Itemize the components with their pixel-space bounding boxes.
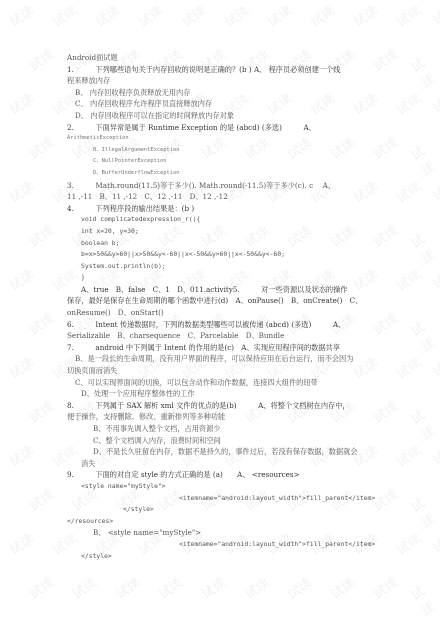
watermark-text: 试读 xyxy=(220,0,252,30)
watermark-text: 试读 xyxy=(428,6,440,45)
question-3-options: 11 ,-11 B、11 ,-12 C、12 ,-11 D、12 ,-12 xyxy=(67,191,419,203)
question-6-options: Serializable B、charsequence C、Parcelable… xyxy=(67,330,419,342)
question-4: 4. 下列程序段的输出结果是：(b ) xyxy=(67,203,419,215)
watermark-text: 试读 xyxy=(326,572,358,602)
watermark-text: 试读 xyxy=(263,0,295,30)
question-4-options: A、true B、false C、1 D、011.activity5. 对一些资… xyxy=(67,284,419,296)
watermark-text: 试读 xyxy=(428,182,440,221)
option-text: C、NullPointerException xyxy=(67,156,419,168)
code-line: </style> xyxy=(67,551,419,563)
option-text: D、处理一个应用程序整体性的工作 xyxy=(67,388,419,400)
watermark-text: 试读 xyxy=(406,574,440,619)
option-text: ArithmeticException xyxy=(67,133,419,145)
watermark-text: 试读 xyxy=(111,572,143,602)
code-line: b=x>50&&y>60||x>50&&y<-60||x<-50&&y>60||… xyxy=(67,249,419,261)
watermark-text: 试读 xyxy=(240,572,272,602)
question-7: 7. android 中下列属于 Intent 的作用的是(c) A、实现应用程… xyxy=(67,342,419,354)
watermark-text: 试读 xyxy=(369,572,401,602)
question-5: 保存，最好是保存在生命周期的哪个函数中进行(d) A、onPause() B、o… xyxy=(67,295,419,307)
question-1-cont: 程来释放内存 xyxy=(67,75,419,87)
watermark-text: 试读 xyxy=(428,358,440,397)
watermark-text: 试读 xyxy=(5,440,37,470)
code-line: System.out.println(b); xyxy=(67,261,419,273)
watermark-text: 试读 xyxy=(25,396,57,426)
question-5-cont: onResume() D、onStart() xyxy=(67,307,419,319)
option-text: C、 内存回收程序允许程序员直接释放内存 xyxy=(67,98,419,110)
watermark-text: 试读 xyxy=(392,0,424,30)
question-8: 8. 下列属于 SAX 解析 xml 文件的优点的是(b) A、将整个文档树在内… xyxy=(67,400,419,412)
code-line: int x=20, y=30; xyxy=(67,226,419,238)
option-text-cont: 便于操作，支持删除、修改、重新排列等多种功能 xyxy=(67,411,419,423)
question-2: 2. 下面异常是属于 Runtime Exception 的是 (abcd) (… xyxy=(67,122,419,134)
option-text: B、不用事先调入整个文档，占用资源少 xyxy=(67,423,419,435)
watermark-text: 试读 xyxy=(154,572,186,602)
watermark-text: 试读 xyxy=(25,308,57,338)
option-text: B、 内存回收程序负责释放无用内存 xyxy=(67,87,419,99)
watermark-text: 试读 xyxy=(5,176,37,206)
option-text: B、IllegalArgumentException xyxy=(67,145,419,157)
code-line: </style> xyxy=(67,504,419,516)
watermark-text: 试读 xyxy=(283,572,315,602)
watermark-text: 试读 xyxy=(91,0,123,30)
option-text: D、不是长久驻留在内存，数据不是持久的，事件过后，若没有保存数据，数据就会 xyxy=(67,446,419,458)
watermark-text: 试读 xyxy=(25,220,57,250)
code-line: <itemname="android:layout_width">fill_pa… xyxy=(67,539,419,551)
watermark-text: 试读 xyxy=(428,270,440,309)
watermark-text: 试读 xyxy=(134,0,166,30)
watermark-text: 试读 xyxy=(5,528,37,558)
watermark-text: 试读 xyxy=(5,264,37,294)
watermark-text: 试读 xyxy=(428,94,440,133)
option-text-cont: 切换页面而消失 xyxy=(67,365,419,377)
question-3: 3. Math.round(11.5)等于多少(). Math.round(-1… xyxy=(67,180,419,192)
watermark-text: 试读 xyxy=(5,352,37,382)
watermark-text: 试读 xyxy=(197,572,229,602)
watermark-text: 试读 xyxy=(25,484,57,514)
option-text-cont: 消失 xyxy=(67,458,419,470)
watermark-text: 试读 xyxy=(428,446,440,485)
watermark-text: 试读 xyxy=(306,0,338,30)
code-line: void complicatedexpression_r(){ xyxy=(67,214,419,226)
code-line: } xyxy=(67,272,419,284)
document-title: Android面试题 xyxy=(67,52,419,64)
option-text: D、BufferUnderflowException xyxy=(67,168,419,180)
watermark-text: 试读 xyxy=(5,0,37,30)
watermark-text: 试读 xyxy=(68,572,100,602)
watermark-text: 试读 xyxy=(48,0,80,30)
option-text: D、 内存回收程序可以在指定的时间释放内存对象 xyxy=(67,110,419,122)
watermark-text: 试读 xyxy=(428,534,440,573)
document-page: Android面试题 1. 下列哪些语句关于内存回收的说明是正确的？(b ) A… xyxy=(67,52,419,562)
watermark-text: 试读 xyxy=(25,572,57,602)
question-1: 1. 下列哪些语句关于内存回收的说明是正确的？(b ) A、 程序员必须创建一个… xyxy=(67,64,419,76)
watermark-text: 试读 xyxy=(25,44,57,74)
code-line: <style name="myStyle"> xyxy=(67,481,419,493)
question-9: 9. 下面的对自定 style 的方式正确的是 (a) A、 <resource… xyxy=(67,469,419,481)
option-text: C、整个文档调入内存，浪费时间和空间 xyxy=(67,435,419,447)
code-line: <itemname="android:layout_width">fill_pa… xyxy=(67,493,419,505)
code-line: boolean b; xyxy=(67,238,419,250)
watermark-text: 试读 xyxy=(349,0,381,30)
option-text: B、是一段长的生命周期，没有用户界面的程序，可以保持应用在后台运行，而不会因为 xyxy=(67,353,419,365)
watermark-text: 试读 xyxy=(25,132,57,162)
question-6: 6. Intent 传递数据时，下列的数据类型哪些可以被传递 (abcd) (多… xyxy=(67,319,419,331)
option-text: C、可以实现界面间的切换，可以包含动作和动作数据，连接四大组件的纽带 xyxy=(67,377,419,389)
watermark-text: 试读 xyxy=(177,0,209,30)
watermark-text: 试读 xyxy=(5,88,37,118)
option-text: B、 <style name="myStyle"> xyxy=(67,527,419,539)
code-line: </resources> xyxy=(67,516,419,528)
